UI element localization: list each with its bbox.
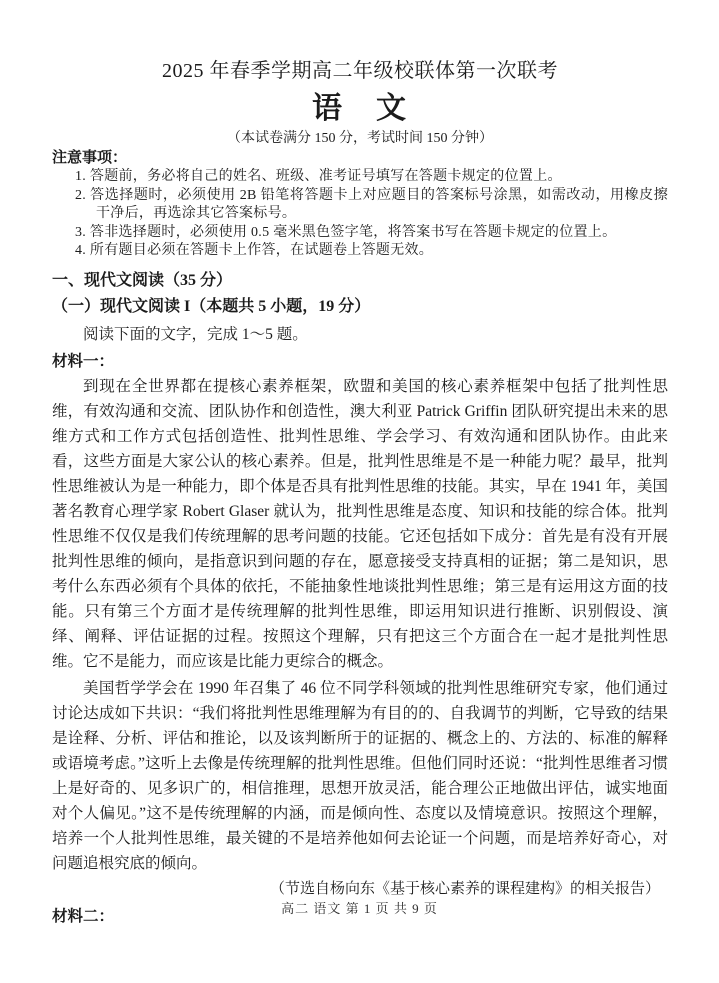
material-1-paragraph-2: 美国哲学学会在 1990 年召集了 46 位不同学科领域的批判性思维研究专家，他… xyxy=(52,676,668,876)
exam-info-line: （本试卷满分 150 分，考试时间 150 分钟） xyxy=(52,130,668,148)
notice-heading: 注意事项： xyxy=(52,149,668,168)
exam-paper-page: 2025 年春季学期高二年级校联体第一次联考 语 文 （本试卷满分 150 分，… xyxy=(0,0,719,983)
material-1-paragraph-1: 到现在全世界都在提核心素养框架，欧盟和美国的核心素养框架中包括了批判性思维，有效… xyxy=(52,374,668,674)
material-1-attribution: （节选自杨向东《基于核心素养的课程建构》的相关报告） xyxy=(52,878,660,900)
notice-item-1: 1. 答题前，务必将自己的姓名、班级、准考证号填写在答题卡规定的位置上。 xyxy=(75,168,668,187)
reading-instruction: 阅读下面的文字，完成 1～5 题。 xyxy=(52,325,668,345)
notice-item-3: 3. 答非选择题时，必须使用 0.5 毫米黑色签字笔，将答案书写在答题卡规定的位… xyxy=(75,224,668,243)
material-1-label: 材料一： xyxy=(52,352,668,372)
page-footer: 高二 语文 第 1 页 共 9 页 xyxy=(0,898,719,917)
section-heading-modern-reading: 一、现代文阅读（35 分） xyxy=(52,271,668,291)
notice-item-2: 2. 答选择题时，必须使用 2B 铅笔将答题卡上对应题目的答案标号涂黑，如需改动… xyxy=(75,187,668,224)
notice-list: 1. 答题前，务必将自己的姓名、班级、准考证号填写在答题卡规定的位置上。 2. … xyxy=(52,168,668,261)
notice-item-4: 4. 所有题目必须在答题卡上作答，在试题卷上答题无效。 xyxy=(75,242,668,261)
exam-subject: 语 文 xyxy=(52,91,668,127)
exam-title: 2025 年春季学期高二年级校联体第一次联考 xyxy=(52,58,668,85)
subsection-heading-reading-1: （一）现代文阅读 I（本题共 5 小题，19 分） xyxy=(52,297,668,317)
